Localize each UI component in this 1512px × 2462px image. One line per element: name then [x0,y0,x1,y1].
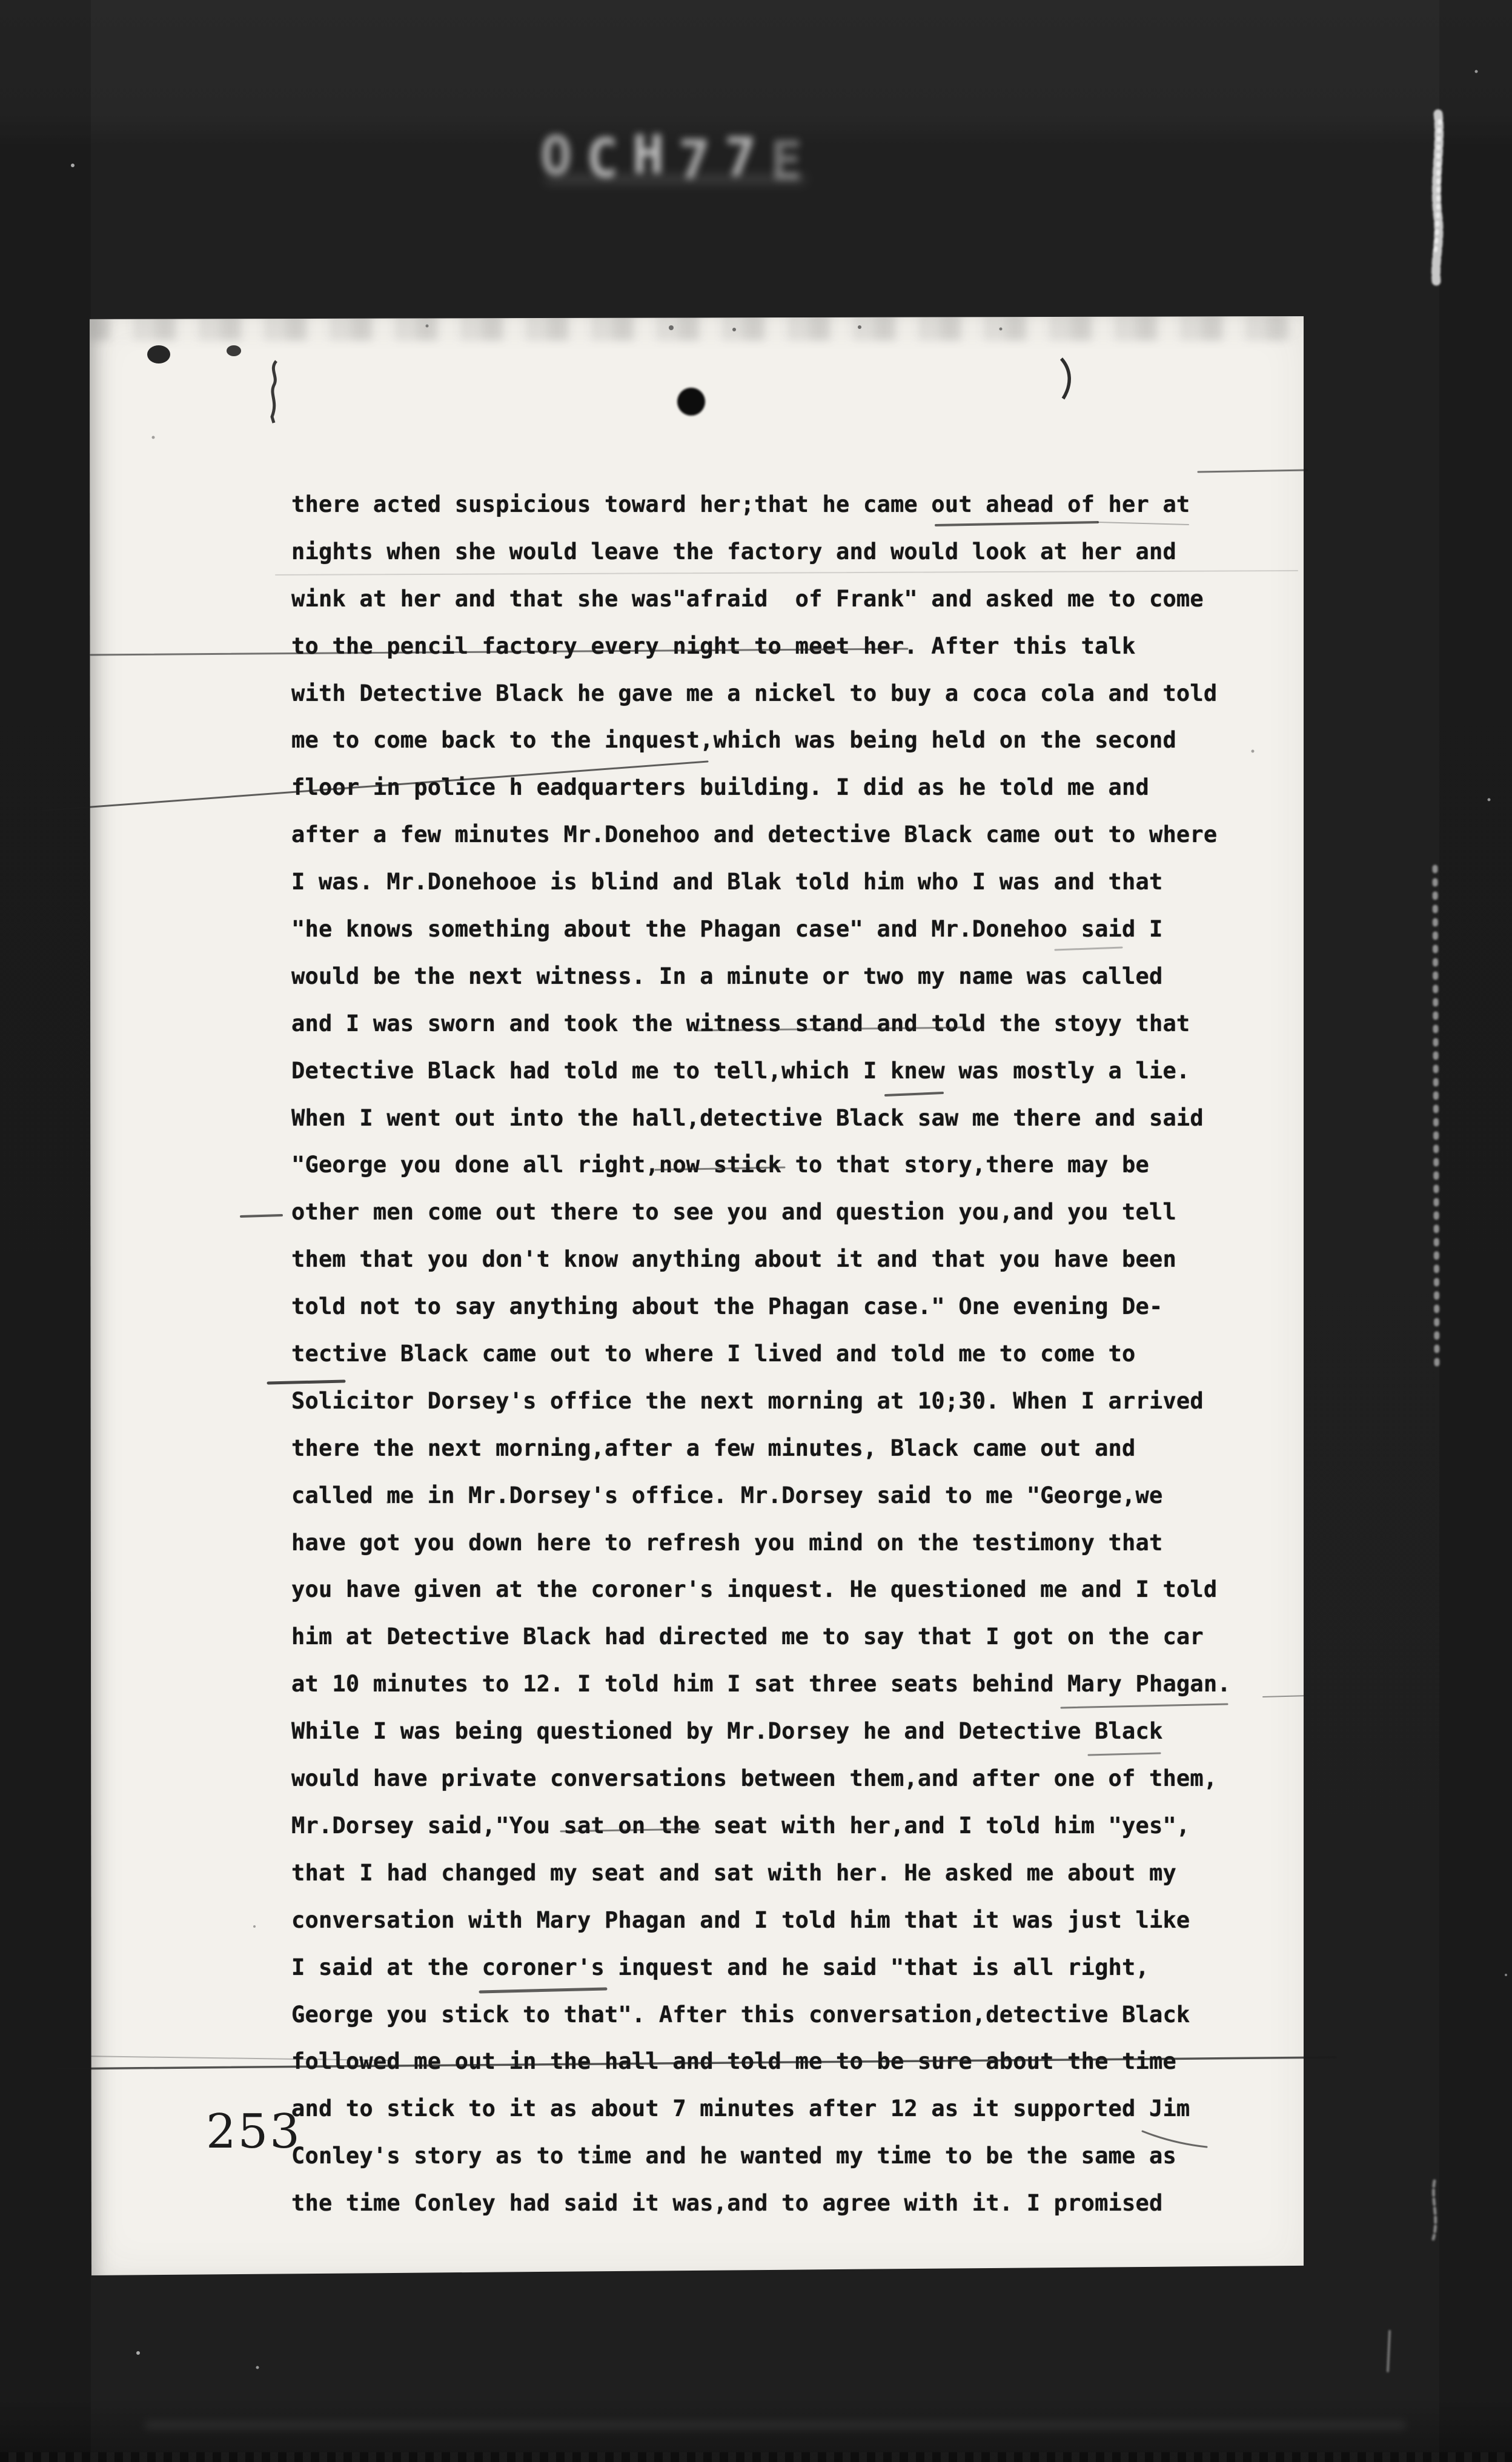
text-line: there the next morning,after a few minut… [291,1425,1273,1472]
film-right-shade [1439,0,1512,2462]
text-line: Detective Black had told me to tell,whic… [291,1047,1273,1095]
text-line: conversation with Mary Phagan and I told… [291,1897,1273,1944]
typewritten-text: there acted suspicious toward her;that h… [291,481,1273,2227]
text-line: and to stick to it as about 7 minutes af… [291,2085,1273,2132]
text-line: "George you done all right,now stick to … [291,1141,1273,1189]
text-line: and I was sworn and took the witness sta… [291,1000,1273,1047]
text-line: told not to say anything about the Phaga… [291,1283,1273,1330]
text-line: that I had changed my seat and sat with … [291,1850,1273,1897]
text-line: you have given at the coroner's inquest.… [291,1566,1273,1613]
film-left-shade [0,0,91,2462]
microfilm-scan: O C H 7 7 E there acted suspicious towar… [0,0,1512,2462]
film-bottom-smudge [145,2421,1405,2429]
text-line: While I was being questioned by Mr.Dorse… [291,1708,1273,1755]
text-line: with Detective Black he gave me a nickel… [291,670,1273,717]
text-line: would be the next witness. In a minute o… [291,953,1273,1000]
text-line: there acted suspicious toward her;that h… [291,481,1273,528]
text-line: tective Black came out to where I lived … [291,1330,1273,1378]
text-line: at 10 minutes to 12. I told him I sat th… [291,1661,1273,1708]
text-line: them that you don't know anything about … [291,1236,1273,1283]
text-line: called me in Mr.Dorsey's office. Mr.Dors… [291,1472,1273,1519]
page-number: 253 [206,2108,302,2155]
text-line: have got you down here to refresh you mi… [291,1519,1273,1567]
text-line: George you stick to that". After this co… [291,1991,1273,2039]
stamp-character: O [533,130,579,183]
document-page: there acted suspicious toward her;that h… [90,316,1304,2275]
text-line: "he knows something about the Phagan cas… [291,906,1273,953]
text-line: floor in police h eadquarters building. … [291,764,1273,811]
text-line: him at Detective Black had directed me t… [291,1613,1273,1661]
film-bottom-edge [0,2452,1512,2462]
film-scratch-streaks [1388,114,1440,2371]
text-line: other men come out there to see you and … [291,1189,1273,1236]
stamp-character: H [625,128,671,182]
text-line: followed me out in the hall and told me … [291,2038,1273,2085]
text-line: Solicitor Dorsey's office the next morni… [291,1378,1273,1425]
text-line: When I went out into the hall,detective … [291,1095,1273,1142]
text-line: the time Conley had said it was,and to a… [291,2180,1273,2227]
text-line: I was. Mr.Donehooe is blind and Blak tol… [291,858,1273,906]
text-line: Conley's story as to time and he wanted … [291,2132,1273,2180]
text-line: would have private conversations between… [291,1755,1273,1802]
text-line: to the pencil factory every night to mee… [291,623,1273,670]
text-line: after a few minutes Mr.Donehoo and detec… [291,811,1273,858]
text-line: me to come back to the inquest,which was… [291,717,1273,764]
text-line: Mr.Dorsey said,"You sat on the seat with… [291,1802,1273,1850]
text-line: wink at her and that she was"afraid of F… [291,576,1273,623]
film-stamp: O C H 7 7 E [533,128,809,182]
text-line: I said at the coroner's inquest and he s… [291,1944,1273,1991]
scan-noise-band [90,313,1304,340]
stamp-highlight [545,176,806,183]
text-line: nights when she would leave the factory … [291,528,1273,576]
